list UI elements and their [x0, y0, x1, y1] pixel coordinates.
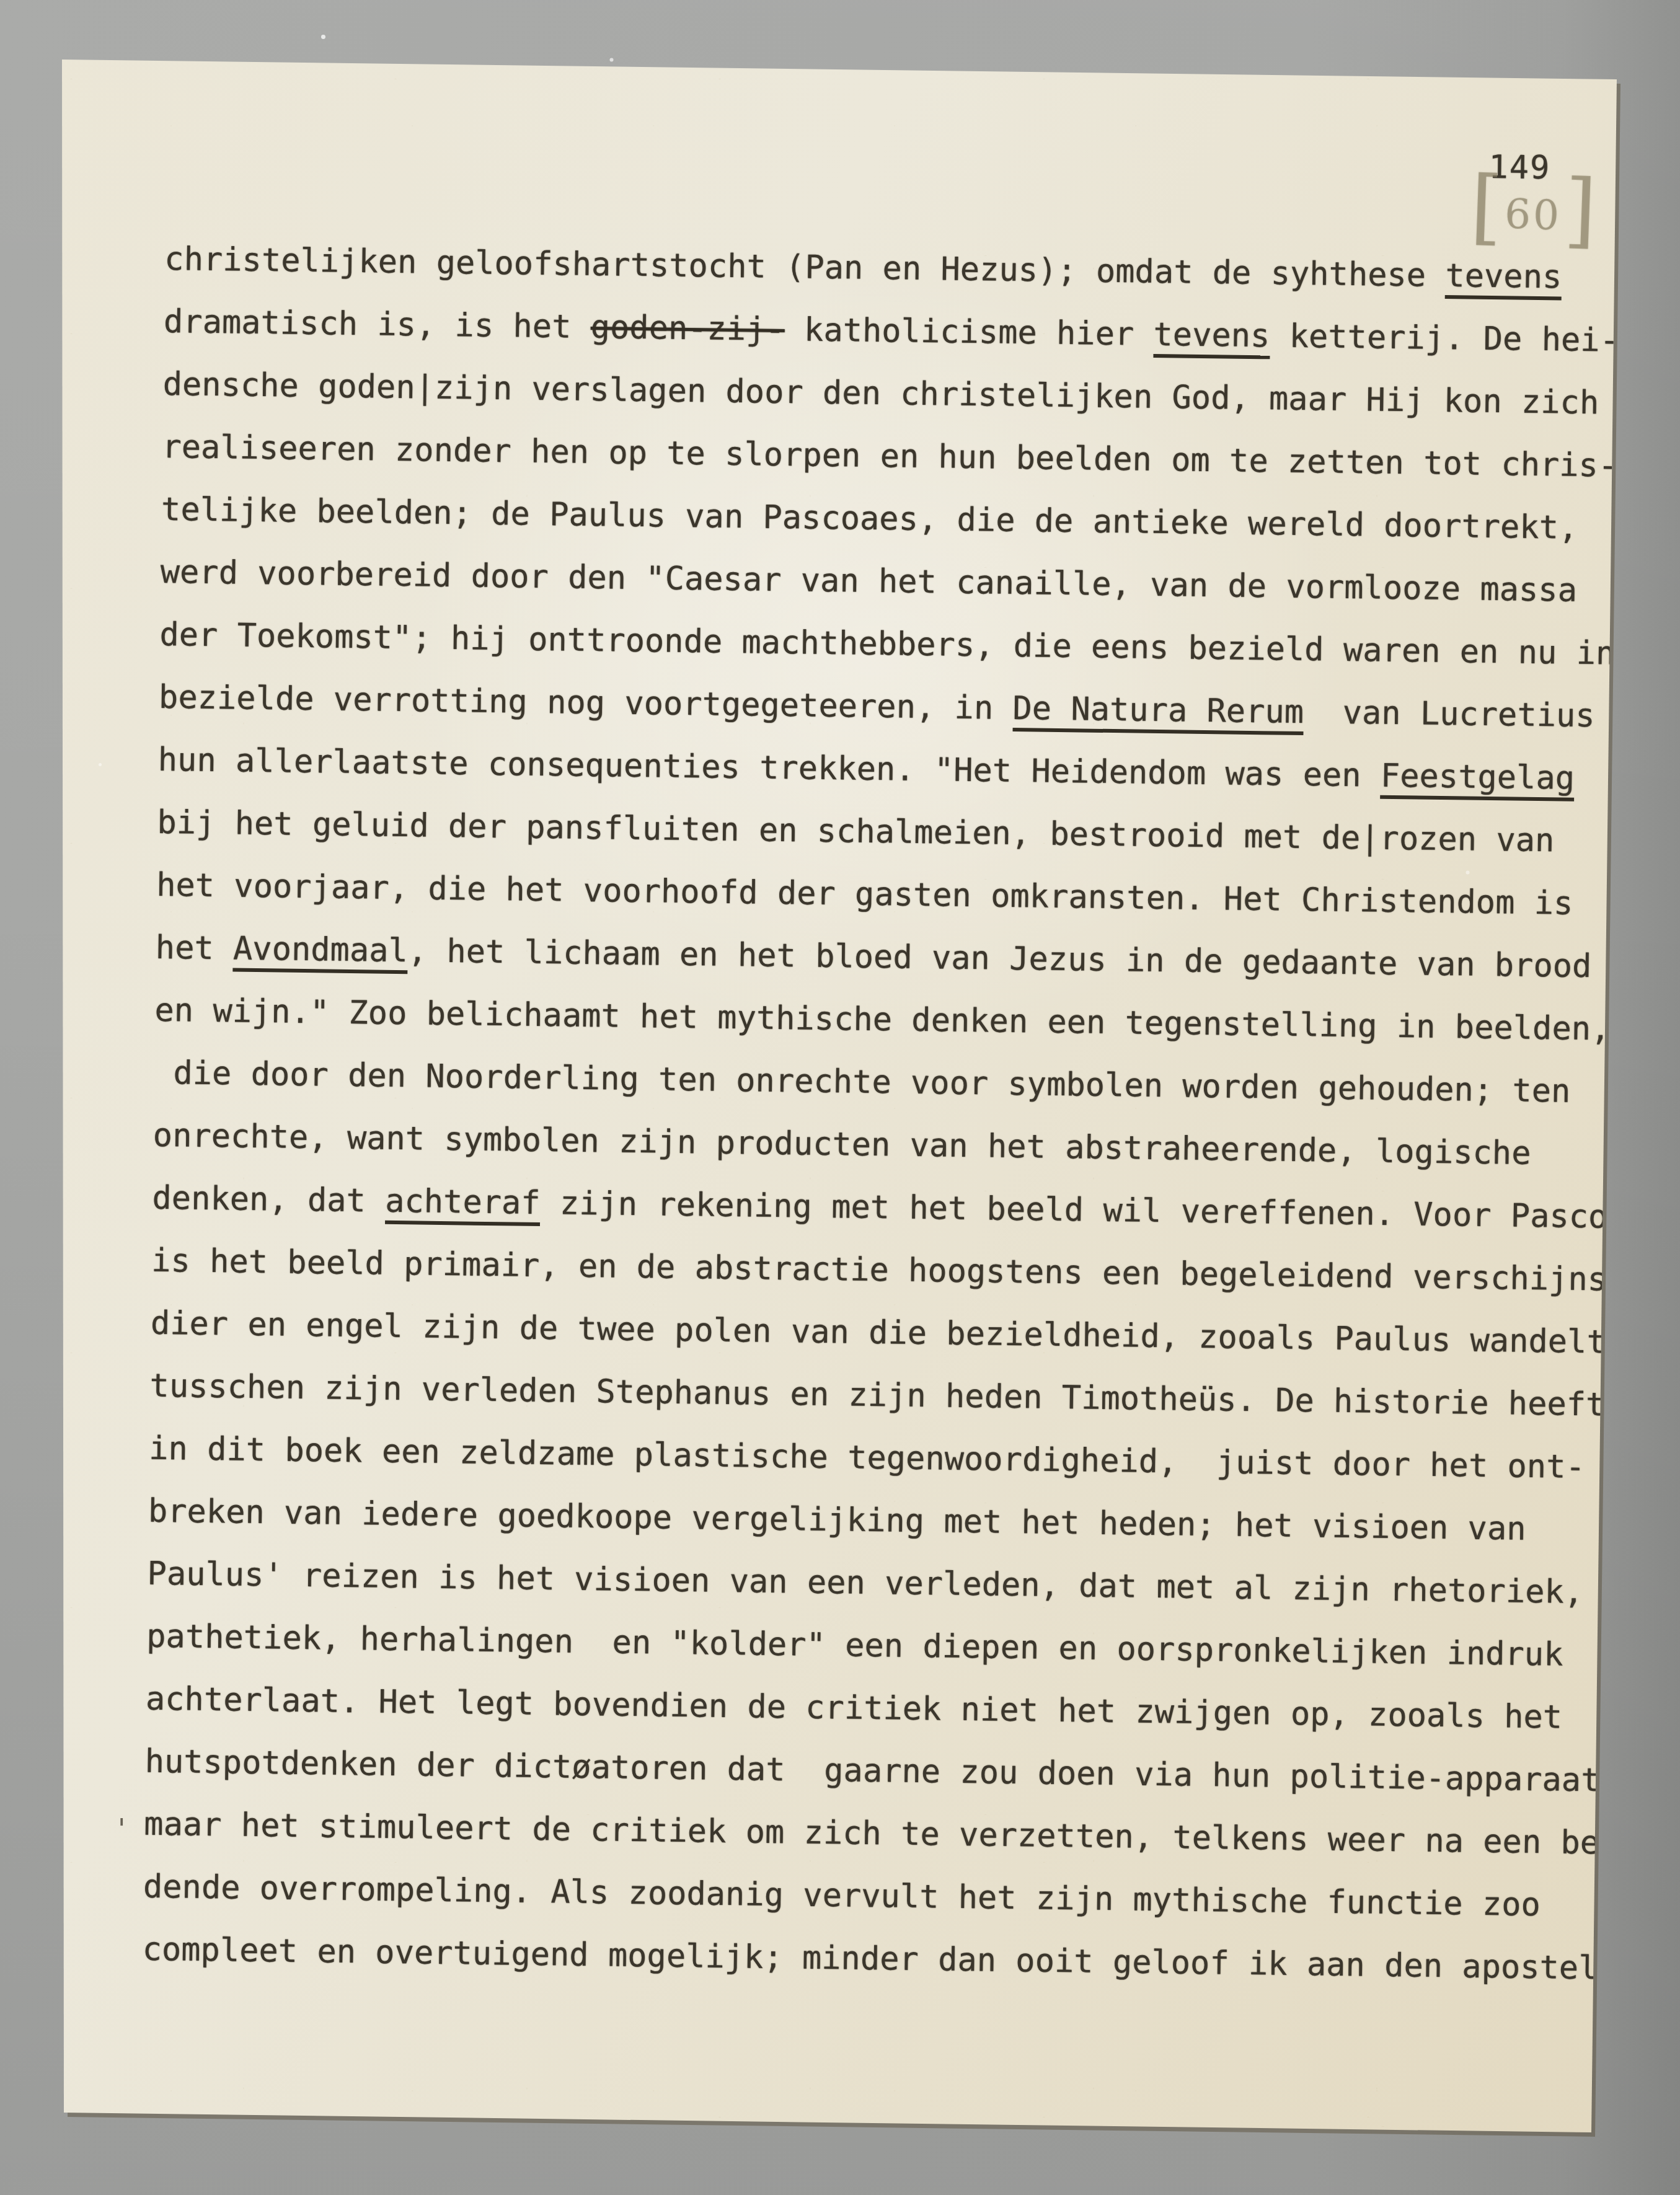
text-segment: katholicisme hier — [784, 311, 1154, 353]
underlined-text: Feestgelag — [1380, 757, 1575, 802]
text-segment: telijke beelden; de Paulus van Pascoaes,… — [161, 491, 1578, 547]
paper-sheet: 149 christelijken geloofshartstocht (Pan… — [0, 0, 1680, 2195]
text-segment: bezielde verrotting nog voortgegeteeren,… — [159, 679, 1013, 727]
underlined-text: achteraf — [385, 1183, 541, 1226]
annotation-close-bracket: ] — [1563, 169, 1598, 252]
dust-specks — [0, 0, 2, 2]
underlined-text: tevens — [1445, 257, 1562, 300]
text-segment: maar het stimuleert de critiek om zich t… — [144, 1806, 1658, 1863]
text-segment: der Toekomst"; hij onttroonde machthebbe… — [159, 616, 1616, 673]
text-segment: hun allerlaatste consequenties trekken. … — [157, 741, 1381, 795]
text-segment: het — [155, 929, 233, 968]
text-segment: is het beeld primair, en de abstractie h… — [151, 1242, 1665, 1299]
text-segment: achterlaat. Het legt bovendien de critie… — [146, 1680, 1563, 1736]
text-segment: pathetiek, herhalingen en "kolder" een d… — [146, 1618, 1563, 1674]
annotation-open-bracket: [ — [1469, 165, 1504, 248]
text-segment: bij het geluid der pansfluiten en schalm… — [157, 804, 1555, 859]
scanned-typescript-page: 149 christelijken geloofshartstocht (Pan… — [0, 0, 1680, 2195]
text-segment: tusschen zijn verleden Stephanus en zijn… — [149, 1367, 1606, 1424]
text-segment: zijn rekening met het beeld wil vereffen… — [540, 1185, 1666, 1237]
underlined-text: De Natura Rerum — [1012, 690, 1304, 735]
text-segment: densche goden|zijn verslagen door den ch… — [162, 366, 1676, 423]
text-segment: hutspotdenken der dictøatoren dat gaarne… — [144, 1743, 1620, 1800]
text-segment: realiseeren zonder hen op te slorpen en … — [162, 428, 1618, 485]
margin-mark: ' — [113, 1814, 130, 1845]
underlined-text: tevens — [1153, 316, 1270, 359]
underlined-text: Avondmaal — [233, 930, 409, 974]
text-segment: die door den Noorderling ten onrechte vo… — [154, 1054, 1571, 1110]
text-segment: compleet en overtuigend mogelijk; minder… — [142, 1931, 1598, 1987]
struck-text: goden-zij- — [590, 309, 785, 348]
text-segment: breken van iedere goedkoope vergelijking… — [148, 1493, 1526, 1548]
text-segment: dramatisch is, is het — [164, 303, 591, 346]
text-segment: in dit boek een zeldzame plastische tege… — [149, 1430, 1585, 1486]
text-segment: dier en engel zijn de twee polen van die… — [150, 1305, 1606, 1361]
text-segment: Paulus' reizen is het visioen van een ve… — [147, 1555, 1583, 1611]
text-segment: onrechte, want symbolen zijn producten v… — [153, 1117, 1531, 1172]
text-segment: dende overrompeling. Als zoodanig vervul… — [143, 1868, 1541, 1924]
folio-annotation: [ 60 ] — [1469, 165, 1598, 251]
typewritten-text-block: 149 christelijken geloofshartstocht (Pan… — [142, 228, 1665, 2000]
annotation-number: 60 — [1501, 190, 1565, 239]
text-segment: denken, dat — [152, 1180, 385, 1220]
text-segment: van Lucretius — [1304, 694, 1595, 735]
text-segment: en wijn." Zoo belichaamt het mythische d… — [154, 992, 1611, 1048]
text-segment: het voorjaar, die het voorhoofd der gast… — [156, 867, 1573, 922]
text-segment: ketterij. De hei- — [1270, 317, 1619, 359]
text-segment: , het lichaam en het bloed van Jezus in … — [407, 932, 1591, 985]
text-segment: christelijken geloofshartstocht (Pan en … — [164, 241, 1446, 294]
superscript-correction: t — [1674, 376, 1680, 405]
text-segment: werd voorbereid door den "Caesar van het… — [160, 554, 1577, 609]
